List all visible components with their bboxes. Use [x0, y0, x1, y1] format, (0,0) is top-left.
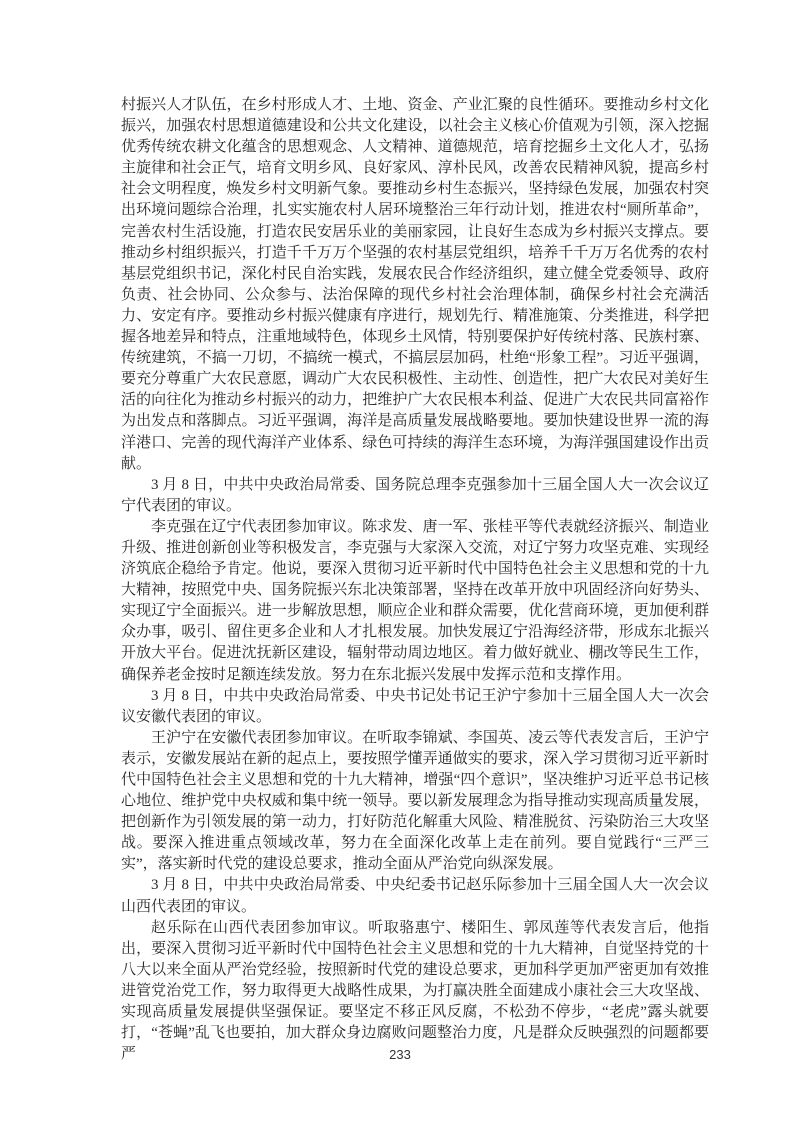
- document-page: 村振兴人才队伍，在乡村形成人才、土地、资金、产业汇聚的良性循环。要推动乡村文化振…: [0, 0, 800, 1133]
- page-footer: 233: [0, 1047, 800, 1062]
- paragraph-date-shanxi: 3 月 8 日，中共中央政治局常委、中央纪委书记赵乐际参加十三届全国人大一次会议…: [121, 875, 709, 917]
- paragraph-wanghuning-review: 王沪宁在安徽代表团参加审议。在听取李锦斌、李国英、凌云等代表发言后，王沪宁表示，…: [121, 728, 709, 876]
- paragraph-date-anhui: 3 月 8 日，中共中央政治局常委、中央书记处书记王沪宁参加十三届全国人大一次会…: [121, 686, 709, 728]
- paragraph-continuation: 村振兴人才队伍，在乡村形成人才、土地、资金、产业汇聚的良性循环。要推动乡村文化振…: [121, 95, 709, 475]
- paragraph-date-liaoning: 3 月 8 日，中共中央政治局常委、国务院总理李克强参加十三届全国人大一次会议辽…: [121, 475, 709, 517]
- body-text: 村振兴人才队伍，在乡村形成人才、土地、资金、产业汇聚的良性循环。要推动乡村文化振…: [121, 95, 709, 1065]
- paragraph-likeqiang-review: 李克强在辽宁代表团参加审议。陈求发、唐一军、张桂平等代表就经济振兴、制造业升级、…: [121, 517, 709, 686]
- page-number: 233: [389, 1047, 411, 1062]
- paragraph-zhaoleji-review: 赵乐际在山西代表团参加审议。听取骆惠宁、楼阳生、郭凤莲等代表发言后，他指出，要深…: [121, 918, 709, 1066]
